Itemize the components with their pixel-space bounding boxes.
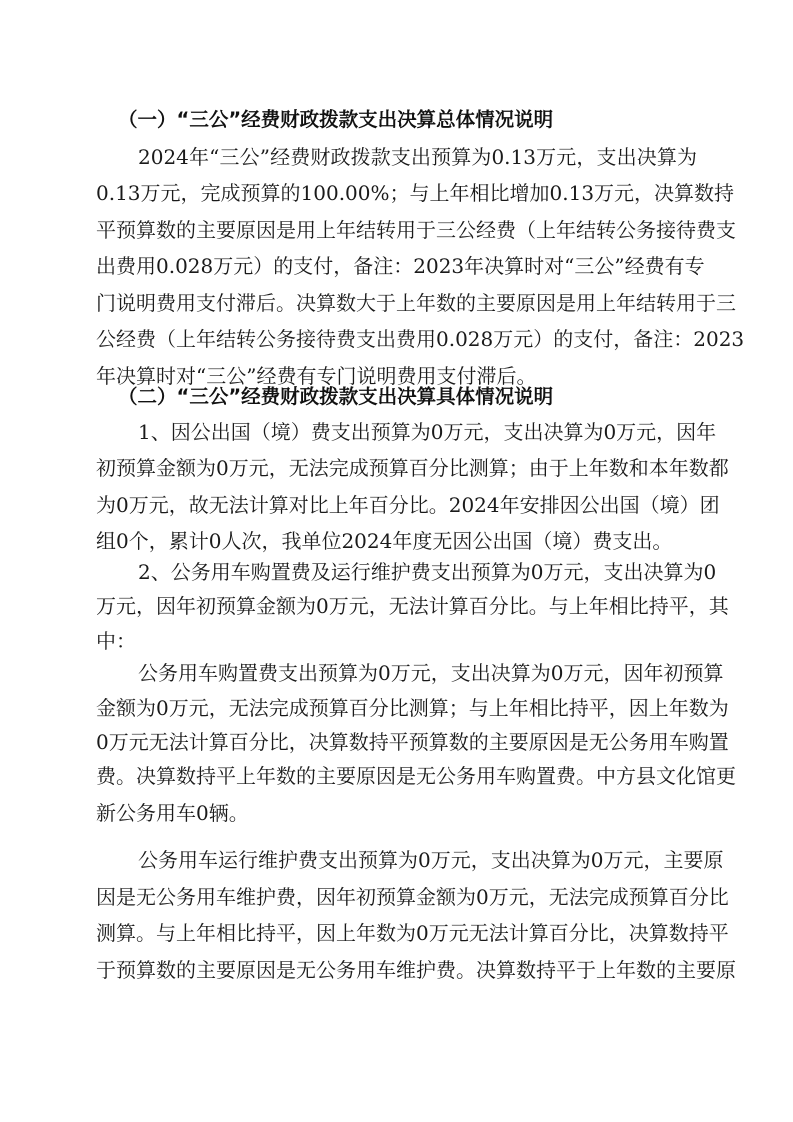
- text-line: 1、因公出国（境）费支出预算为0万元，支出决算为0万元，因年: [138, 417, 697, 447]
- text-line: 新公务用车0辆。: [96, 798, 697, 828]
- text-line: 于预算数的主要原因是无公务用车维护费。决算数持平于上年数的主要原: [96, 955, 697, 985]
- text-line: 金额为0万元，无法完成预算百分比测算；与上年相比持平，因上年数为: [96, 693, 697, 723]
- text-line: 公经费（上年结转公务接待费支出费用0.028万元）的支付，备注：2023: [96, 324, 697, 354]
- text-line: 0万元无法计算百分比，决算数持平预算数的主要原因是无公务用车购置: [96, 727, 697, 757]
- section-heading-overall: （一）“三公”经费财政拨款支出决算总体情况说明: [118, 104, 553, 136]
- text-line: 2、公务用车购置费及运行维护费支出预算为0万元，支出决算为0: [138, 557, 697, 587]
- text-line: 因是无公务用车维护费，因年初预算金额为0万元，无法完成预算百分比: [96, 882, 697, 912]
- text-line: 初预算金额为0万元，无法完成预算百分比测算；由于上年数和本年数都: [96, 453, 697, 483]
- text-line: 2024年“三公”经费财政拨款支出预算为0.13万元，支出决算为: [138, 142, 697, 172]
- text-line: 出费用0.028万元）的支付，备注：2023年决算时对“三公”经费有专: [96, 251, 697, 281]
- section-heading-details: （二）“三公”经费财政拨款支出决算具体情况说明: [118, 381, 553, 413]
- text-line: 费。决算数持平上年数的主要原因是无公务用车购置费。中方县文化馆更: [96, 761, 697, 791]
- text-line: 门说明费用支付滞后。决算数大于上年数的主要原因是用上年结转用于三: [96, 288, 697, 318]
- text-line: 中：: [96, 626, 697, 656]
- text-line: 公务用车购置费支出预算为0万元，支出决算为0万元，因年初预算: [138, 658, 697, 688]
- text-line: 为0万元，故无法计算对比上年百分比。2024年安排因公出国（境）团: [96, 490, 697, 520]
- text-line: 0.13万元，完成预算的100.00%；与上年相比增加0.13万元，决算数持: [96, 178, 697, 208]
- text-line: 万元，因年初预算金额为0万元，无法计算百分比。与上年相比持平，其: [96, 591, 697, 621]
- text-line: 测算。与上年相比持平，因上年数为0万元无法计算百分比，决算数持平: [96, 918, 697, 948]
- text-line: 公务用车运行维护费支出预算为0万元，支出决算为0万元，主要原: [138, 845, 697, 875]
- text-line: 组0个，累计0人次，我单位2024年度无因公出国（境）费支出。: [96, 526, 697, 556]
- text-line: 平预算数的主要原因是用上年结转用于三公经费（上年结转公务接待费支: [96, 215, 697, 245]
- document-page: （一）“三公”经费财政拨款支出决算总体情况说明 2024年“三公”经费财政拨款支…: [0, 0, 793, 1122]
